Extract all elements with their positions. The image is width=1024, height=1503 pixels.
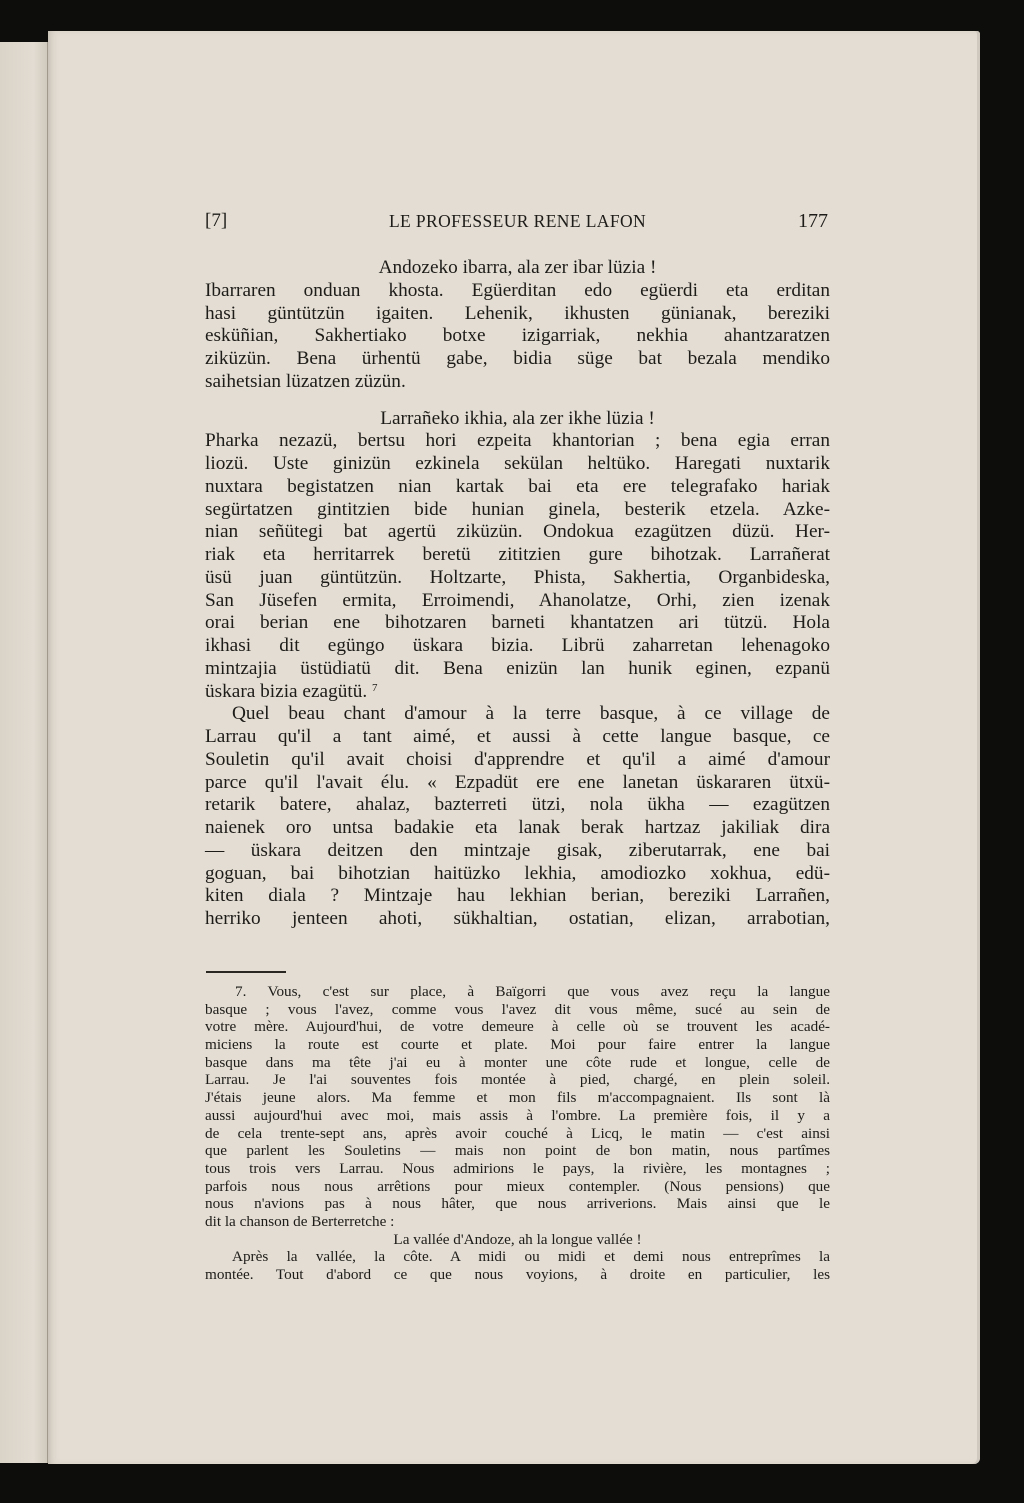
footnote-line: montée. Tout d'abord ce que nous voyions… xyxy=(205,1266,830,1284)
text-line: Quel beau chant d'amour à la terre basqu… xyxy=(205,703,830,726)
page-number: 177 xyxy=(798,207,828,235)
text-line: — üskara deitzen den mintzaje gisak, zib… xyxy=(205,840,830,863)
footnote-verse: La vallée d'Andoze, ah la longue vallée … xyxy=(205,1231,830,1249)
footnote-line: que parlent les Souletins — mais non poi… xyxy=(205,1142,830,1160)
footnote-line: parfois nous nous arrêtions pour mieux c… xyxy=(205,1178,830,1196)
footnote-line: tous trois vers Larrau. Nous admirions l… xyxy=(205,1160,830,1178)
text-line: hasi güntützün igaiten. Lehenik, ikhuste… xyxy=(205,303,830,326)
running-title: LE PROFESSEUR RENE LAFON xyxy=(205,207,830,235)
text-line: Larrau qu'il a tant aimé, et aussi à cet… xyxy=(205,726,830,749)
text-line: liozü. Uste ginizün ezkinela sekülan hel… xyxy=(205,453,830,476)
text-line: Souletin qu'il avait choisi d'apprendre … xyxy=(205,749,830,772)
text-fragment: üskara bizia ezagütü. xyxy=(205,681,367,702)
footnote-line: de cela trente-sept ans, après avoir cou… xyxy=(205,1125,830,1143)
text-line: goguan, bai bihotzian haitüzko lekhia, a… xyxy=(205,863,830,886)
footnote-line: J'étais jeune alors. Ma femme et mon fil… xyxy=(205,1089,830,1107)
text-line: ziküzün. Bena ürhentü gabe, bidia süge b… xyxy=(205,348,830,371)
footnote: 7. Vous, c'est sur place, à Baïgorri que… xyxy=(205,983,830,1284)
footnote-line: basque ; vous l'avez, comme vous l'avez … xyxy=(205,1001,830,1019)
text-line: San Jüsefen ermita, Erroimendi, Ahanolat… xyxy=(205,590,830,613)
text-line: üskara bizia ezagütü. 7 xyxy=(205,681,830,704)
footnote-line: Larrau. Je l'ai souventes fois montée à … xyxy=(205,1071,830,1089)
text-line: esküñian, Sakhertiako botxe izigarriak, … xyxy=(205,325,830,348)
text-line: Ibarraren onduan khosta. Egüerditan edo … xyxy=(205,280,830,303)
text-line: retarik batere, ahalaz, bazterreti ützi,… xyxy=(205,794,830,817)
footnote-reference[interactable]: 7 xyxy=(372,682,378,694)
footnote-separator xyxy=(206,971,286,973)
footnote-line: aussi aujourd'hui avec moi, mais assis à… xyxy=(205,1107,830,1125)
footnote-line: miciens la route est courte et plate. Mo… xyxy=(205,1036,830,1054)
text-line: üsü juan güntützün. Holtzarte, Phista, S… xyxy=(205,567,830,590)
text-line: kiten diala ? Mintzaje hau lekhian beria… xyxy=(205,885,830,908)
text-line: nuxtara begistatzen nian kartak bai eta … xyxy=(205,476,830,499)
text-line: herriko jenteen ahoti, sükhaltian, ostat… xyxy=(205,908,830,931)
text-line: ikhasi dit egüngo üskara bizia. Librü za… xyxy=(205,635,830,658)
footnote-line: nous n'avions pas à nous hâter, que nous… xyxy=(205,1195,830,1213)
text-line: mintzajia üstüdiatü dit. Bena enizün lan… xyxy=(205,658,830,681)
verse-line: Larrañeko ikhia, ala zer ikhe lüzia ! xyxy=(205,408,830,431)
text-line: parce qu'il l'avait élu. « Ezpadüt ere e… xyxy=(205,772,830,795)
page-gutter xyxy=(47,42,48,1463)
facing-page-edge xyxy=(0,42,48,1463)
text-line: Pharka nezazü, bertsu hori ezpeita khant… xyxy=(205,430,830,453)
footnote-line: 7. Vous, c'est sur place, à Baïgorri que… xyxy=(205,983,830,1001)
text-line: orai berian ene bihotzaren barneti khant… xyxy=(205,612,830,635)
footnote-line: votre mère. Aujourd'hui, de votre demeur… xyxy=(205,1018,830,1036)
text-line: nian señütegi bat agertü ziküzün. Ondoku… xyxy=(205,521,830,544)
footnote-line: Après la vallée, la côte. A midi ou midi… xyxy=(205,1248,830,1266)
text-line: segürtatzen gintitzien bide hunian ginel… xyxy=(205,499,830,522)
footnote-line: dit la chanson de Berterretche : xyxy=(205,1213,830,1231)
text-line: saihetsian lüzatzen züzün. xyxy=(205,371,830,394)
text-line: riak eta herritarrek beretü zititzien gu… xyxy=(205,544,830,567)
running-head: [7] LE PROFESSEUR RENE LAFON 177 xyxy=(205,207,830,235)
text-line: naienek oro untsa badakie eta lanak bera… xyxy=(205,817,830,840)
footnote-line: basque dans ma tête j'ai eu à monter une… xyxy=(205,1054,830,1072)
verse-line: Andozeko ibarra, ala zer ibar lüzia ! xyxy=(205,257,830,280)
main-text: Andozeko ibarra, ala zer ibar lüzia ! Ib… xyxy=(205,257,830,931)
